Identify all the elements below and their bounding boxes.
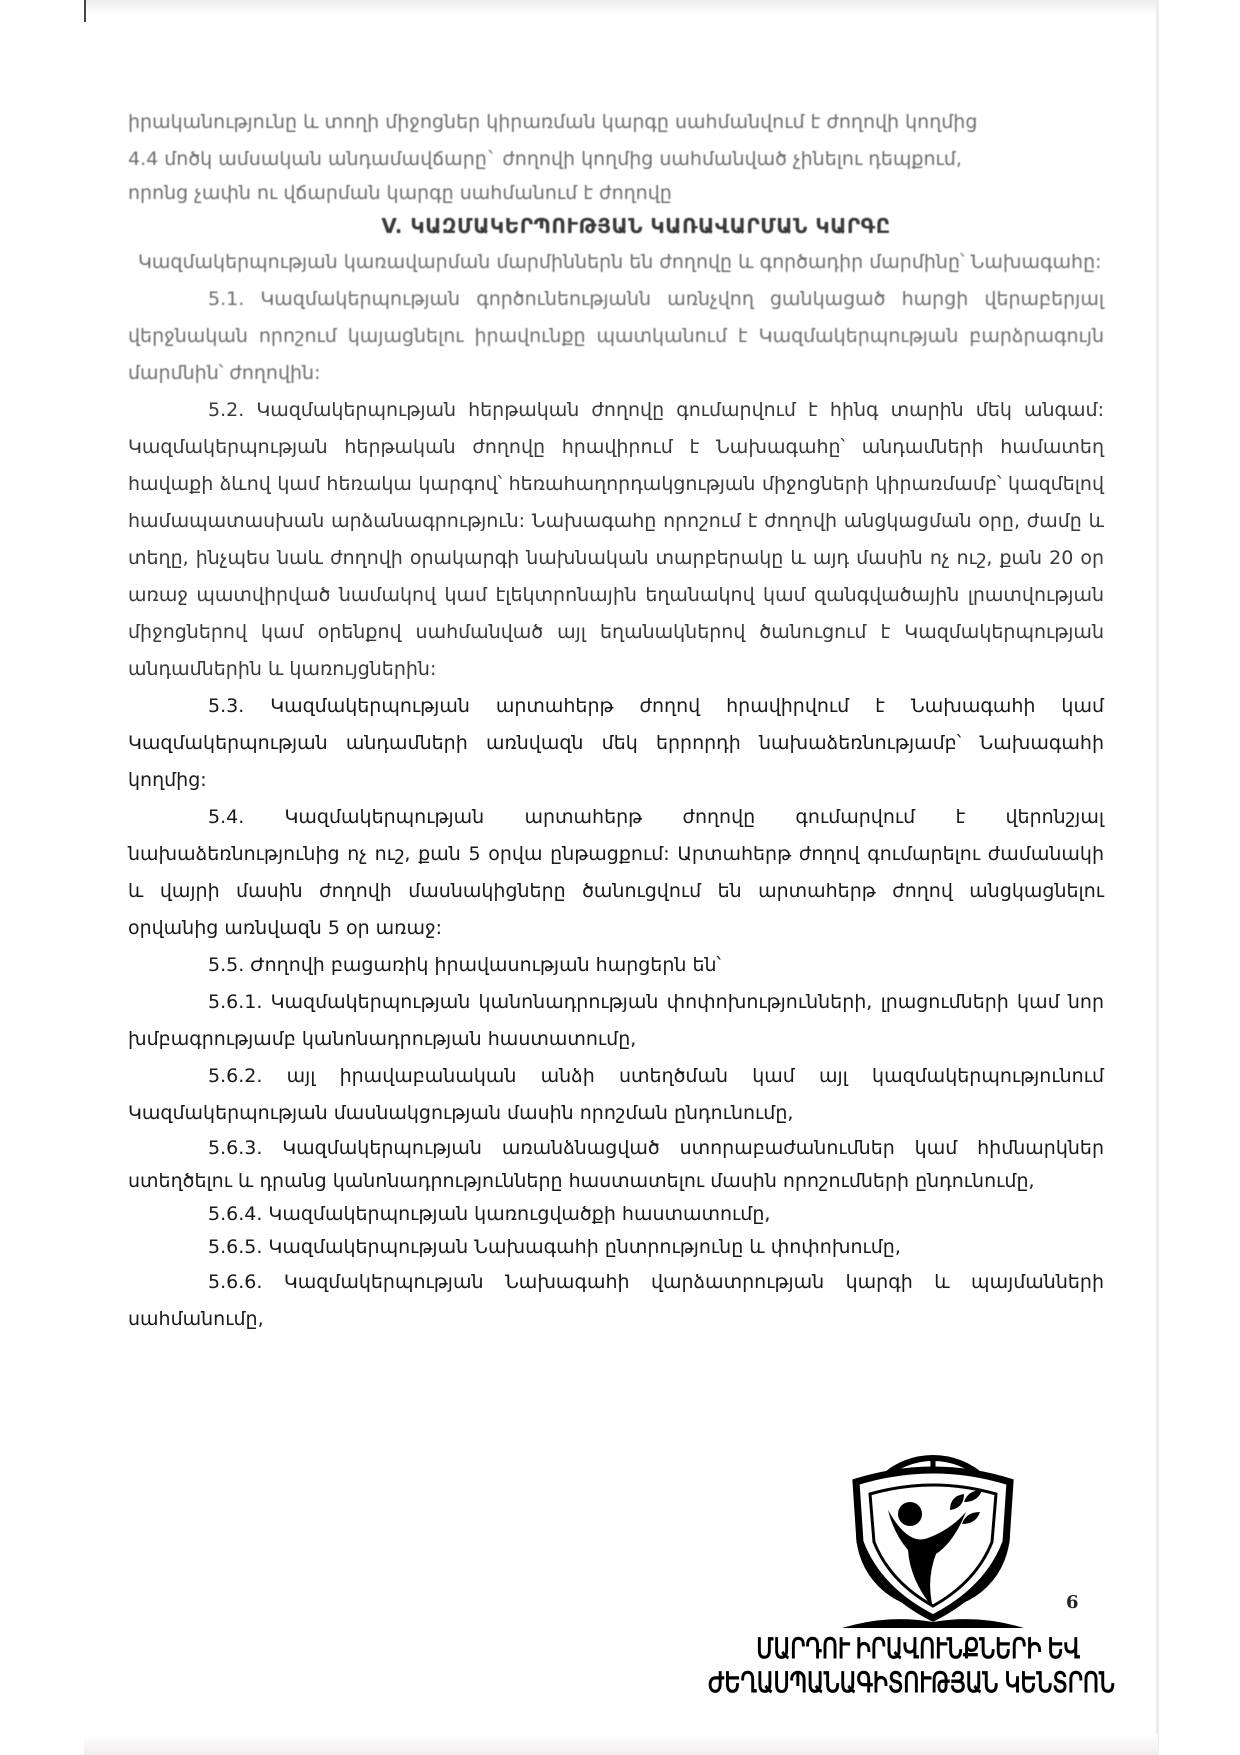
clause-5-6-4: 5.6.4. Կազմակերպության կառուցվածքի հաստա… bbox=[128, 1198, 1104, 1231]
globe-shield-person-book-logo-icon bbox=[838, 1450, 1028, 1630]
organization-name-line-2: ԺԵՂԱՍՊԱՆԱԳԻՏՈՒԹՅԱՆ ԿԵՆՏՐՈՆ bbox=[708, 1666, 1098, 1700]
clause-5-6-1: 5.6.1. Կազմակերպության կանոնադրության փո… bbox=[128, 984, 1104, 1058]
organization-name-line-1: ՄԱՐԴՈՒ ԻՐԱՎՈՒՆՔՆԵՐԻ ԵՎ bbox=[708, 1632, 1098, 1666]
clause-5-6-6: 5.6.6. Կազմակերպության Նախագահի վարձատրո… bbox=[128, 1264, 1104, 1338]
clause-5-3: 5.3. Կազմակերպության արտահերթ ժողով հրավ… bbox=[128, 688, 1104, 799]
clause-5-1: 5.1. Կազմակերպության գործունեությանն առն… bbox=[128, 281, 1104, 392]
page-number: 6 bbox=[1066, 1592, 1079, 1613]
clause-5-2: 5.2. Կազմակերպության հերթական ժողովը գու… bbox=[128, 392, 1104, 688]
scan-bottom-edge bbox=[84, 1735, 1158, 1755]
clause-5-6-3: 5.6.3. Կազմակերպության առանձնացված ստորա… bbox=[128, 1132, 1104, 1198]
organization-name: ՄԱՐԴՈՒ ԻՐԱՎՈՒՆՔՆԵՐԻ ԵՎ ԺԵՂԱՍՊԱՆԱԳԻՏՈՒԹՅԱ… bbox=[708, 1632, 1098, 1700]
clause-5-4: 5.4. Կազմակերպության արտահերթ ժողովը գու… bbox=[128, 799, 1104, 947]
clause-5-6-5: 5.6.5. Կազմակերպության Նախագահի ընտրությ… bbox=[128, 1231, 1104, 1264]
intro-line: 4.4 մոծկ ամսական անդամավճարը` ժողովի կող… bbox=[128, 141, 1104, 178]
intro-line: իրականությունը և տողի միջոցներ կիրառման … bbox=[128, 104, 1104, 141]
intro-line: որոնց չափն ու վճարման կարգը սահմանում է … bbox=[128, 178, 1104, 208]
document-body: իրականությունը և տողի միջոցներ կիրառման … bbox=[128, 104, 1104, 1338]
scan-top-edge bbox=[84, 0, 1158, 14]
scan-right-edge bbox=[1156, 0, 1159, 1755]
scan-left-edge-mark bbox=[84, 0, 86, 22]
section-heading: V. ԿԱԶՄԱԿԵՐՊՈՒԹՅԱՆ ԿԱՌԱՎԱՐՄԱՆ ԿԱՐԳԸ bbox=[168, 208, 1104, 244]
clause-5-5: 5.5. Ժողովի բացառիկ իրավասության հարցերն… bbox=[128, 947, 1104, 984]
clause-5-6-2: 5.6.2. այլ իրավաբանական անձի ստեղծման կա… bbox=[128, 1058, 1104, 1132]
section-intro: Կազմակերպության կառավարման մարմիններն են… bbox=[128, 244, 1104, 281]
